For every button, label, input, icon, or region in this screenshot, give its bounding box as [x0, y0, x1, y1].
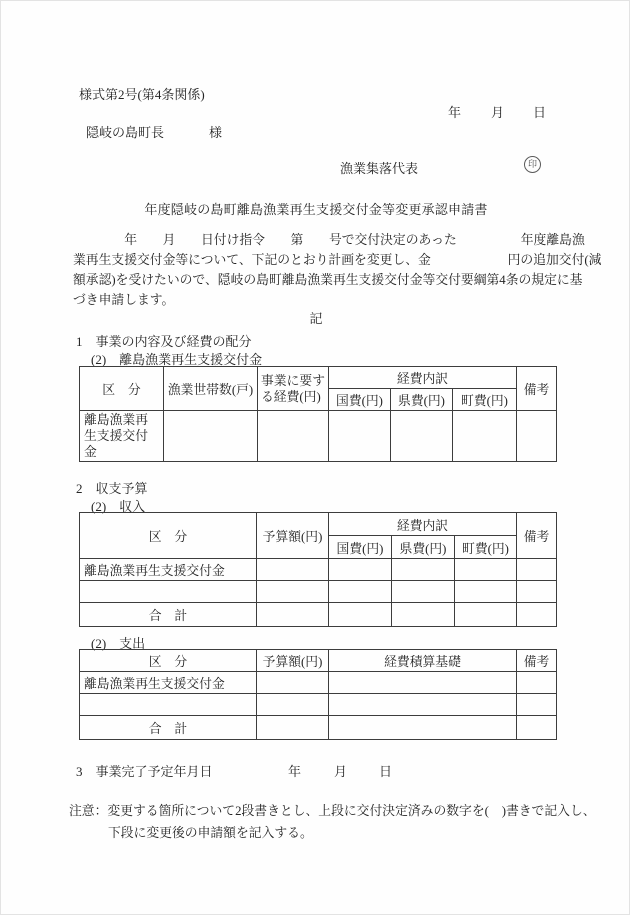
total-budget-cell	[257, 603, 329, 627]
col-category: 区 分	[80, 650, 257, 672]
total-label: 合 計	[80, 716, 257, 740]
col-basis: 経費積算基礎	[329, 650, 517, 672]
addressee-name: 隠岐の島町長	[86, 122, 164, 141]
row-households-cell	[164, 411, 258, 462]
seal-icon: 印	[524, 156, 541, 173]
row-category	[80, 694, 257, 716]
total-label: 合 計	[80, 603, 257, 627]
income-table: 区 分 予算額(円) 経費内訳 備考 国費(円) 県費(円) 町費(円) 離島漁…	[79, 512, 557, 627]
row-category: 離島漁業再生支援交付金	[80, 672, 257, 694]
table-row: 離島漁業再生支援交付金	[80, 411, 557, 462]
row-town-cell	[453, 411, 517, 462]
record-mark: 記	[1, 308, 630, 327]
row-category: 離島漁業再生支援交付金	[80, 559, 257, 581]
col-households: 漁業世帯数(戸)	[164, 367, 258, 411]
col-town: 町費(円)	[455, 536, 517, 559]
body-line: づき申請します。	[73, 290, 601, 310]
row-town-cell	[455, 559, 517, 581]
total-row: 合 計	[80, 716, 557, 740]
row-basis-cell	[329, 694, 517, 716]
col-breakdown: 経費内訳	[329, 367, 517, 389]
section3-heading: 3 事業完了予定年月日	[76, 761, 213, 780]
row-national-cell	[329, 581, 392, 603]
col-town: 町費(円)	[453, 389, 517, 411]
document-page: 様式第2号(第4条関係) 年 月 日 隠岐の島町長 様 漁業集落代表 印 年度隠…	[0, 0, 630, 915]
addressee-honorific: 様	[209, 122, 222, 141]
table-row: 離島漁業再生支援交付金	[80, 672, 557, 694]
row-remarks-cell	[517, 581, 557, 603]
row-remarks-cell	[517, 559, 557, 581]
row-town-cell	[455, 581, 517, 603]
col-prefectural: 県費(円)	[391, 389, 453, 411]
total-basis-cell	[329, 716, 517, 740]
total-remarks-cell	[517, 716, 557, 740]
page-title: 年度隠岐の島町離島漁業再生支援交付金等変更承認申請書	[1, 199, 630, 218]
row-category: 離島漁業再生支援交付金	[80, 411, 164, 462]
row-national-cell	[329, 411, 391, 462]
total-town-cell	[455, 603, 517, 627]
section2-heading: 2 収支予算	[76, 478, 148, 497]
table-row	[80, 694, 557, 716]
col-national: 国費(円)	[329, 389, 391, 411]
row-national-cell	[329, 559, 392, 581]
total-national-cell	[329, 603, 392, 627]
col-budget: 予算額(円)	[257, 513, 329, 559]
section1-heading: 1 事業の内容及び経費の配分	[76, 331, 252, 350]
col-remarks: 備考	[517, 513, 557, 559]
completion-day-label: 日	[379, 761, 392, 780]
row-budget-cell	[257, 581, 329, 603]
total-budget-cell	[257, 716, 329, 740]
col-national: 国費(円)	[329, 536, 392, 559]
expenditure-table: 区 分 予算額(円) 経費積算基礎 備考 離島漁業再生支援交付金 合 計	[79, 649, 557, 740]
col-breakdown: 経費内訳	[329, 513, 517, 536]
form-number: 様式第2号(第4条関係)	[79, 84, 205, 103]
row-remarks-cell	[517, 411, 557, 462]
row-prefectural-cell	[391, 411, 453, 462]
col-category: 区 分	[80, 367, 164, 411]
note-line: 注意：変更する箇所について2段書きとし、上段に交付決定済みの数字を( )書きで記…	[69, 800, 596, 819]
body-line: 業再生支援交付金等について、下記のとおり計画を変更し、金 円の追加交付(減	[73, 250, 601, 270]
total-remarks-cell	[517, 603, 557, 627]
table-row: 離島漁業再生支援交付金	[80, 559, 557, 581]
date-year-label: 年	[448, 102, 461, 121]
completion-year-label: 年	[288, 761, 301, 780]
row-prefectural-cell	[392, 581, 455, 603]
table-row	[80, 581, 557, 603]
sender-label: 漁業集落代表	[340, 158, 418, 177]
total-prefectural-cell	[392, 603, 455, 627]
note-line: 下段に変更後の申請額を記入する。	[108, 822, 313, 841]
col-required-expense: 事業に要する経費(円)	[258, 367, 329, 411]
col-remarks: 備考	[517, 367, 557, 411]
body-line: 額承認)を受けたいので、隠岐の島町離島漁業再生支援交付金等交付要綱第4条の規定に…	[73, 270, 601, 290]
date-day-label: 日	[533, 102, 546, 121]
row-remarks-cell	[517, 694, 557, 716]
row-expense-cell	[258, 411, 329, 462]
row-category	[80, 581, 257, 603]
col-category: 区 分	[80, 513, 257, 559]
row-prefectural-cell	[392, 559, 455, 581]
row-budget-cell	[257, 694, 329, 716]
date-month-label: 月	[491, 102, 504, 121]
body-paragraph: 年 月 日付け指令 第 号で交付決定のあった 年度離島漁 業再生支援交付金等につ…	[73, 230, 601, 310]
row-budget-cell	[257, 672, 329, 694]
row-remarks-cell	[517, 672, 557, 694]
col-budget: 予算額(円)	[257, 650, 329, 672]
col-prefectural: 県費(円)	[392, 536, 455, 559]
body-line: 年 月 日付け指令 第 号で交付決定のあった 年度離島漁	[73, 230, 601, 250]
allocation-table: 区 分 漁業世帯数(戸) 事業に要する経費(円) 経費内訳 備考 国費(円) 県…	[79, 366, 557, 462]
total-row: 合 計	[80, 603, 557, 627]
row-budget-cell	[257, 559, 329, 581]
row-basis-cell	[329, 672, 517, 694]
completion-month-label: 月	[334, 761, 347, 780]
col-remarks: 備考	[517, 650, 557, 672]
